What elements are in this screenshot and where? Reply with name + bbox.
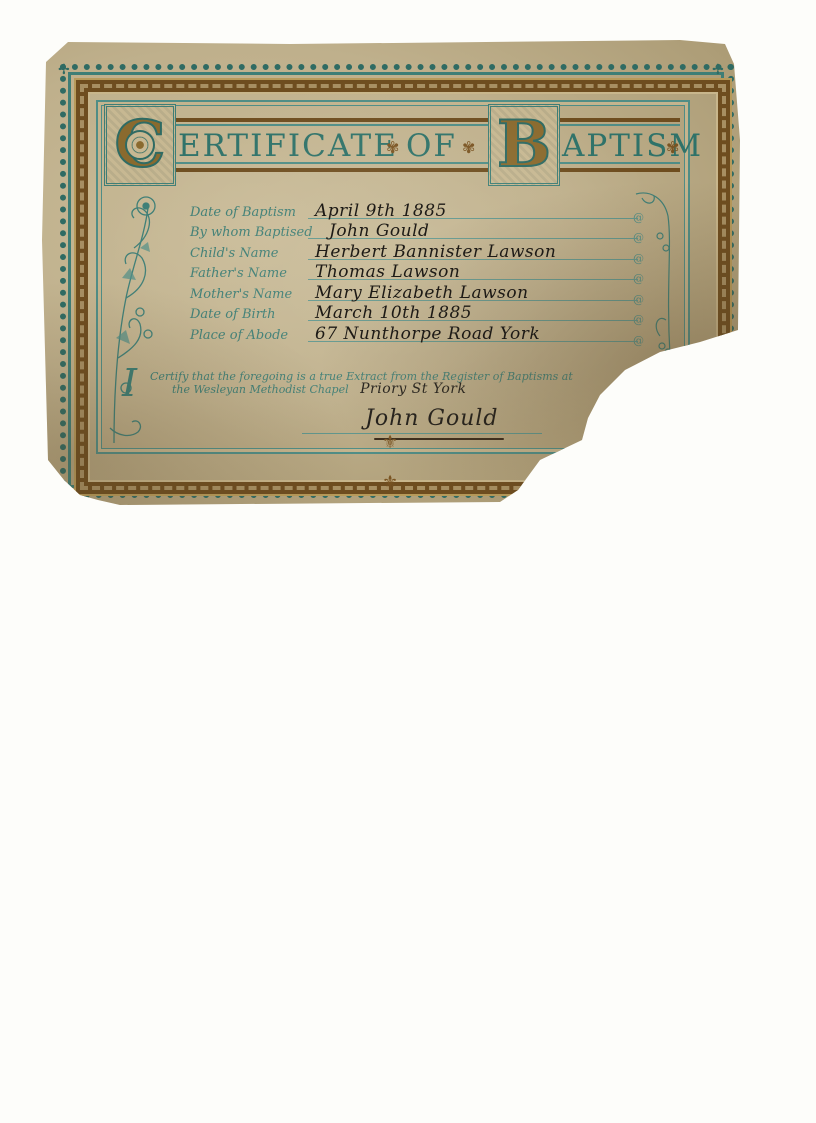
field-value: Mary Elizabeth Lawson — [315, 284, 529, 302]
title-word-baptism: APTISM — [562, 128, 703, 164]
field-label: Place of Abode — [190, 328, 315, 344]
chapel-location: Priory St York — [360, 381, 466, 397]
initial-b-box: B — [488, 104, 560, 186]
title-rule-bottom — [104, 168, 680, 172]
field-value: Thomas Lawson — [315, 263, 460, 281]
title-initial-b: B — [497, 113, 551, 177]
field-label: By whom Baptised — [190, 225, 315, 241]
fleuron-icon: ⚜ — [382, 472, 398, 493]
initial-c-box: C — [104, 104, 176, 186]
certificate-card: ✢ ✢ C ERTIFICATE ✾ OF ✾ B APTISM ✾ — [40, 40, 740, 505]
minister-signature: John Gould — [365, 406, 499, 431]
certification-statement: I Certify that the foregoing is a true E… — [150, 370, 610, 396]
signature-rule — [302, 433, 542, 434]
title-word-certificate: ERTIFICATE — [178, 128, 398, 164]
field-value: March 10th 1885 — [315, 304, 472, 322]
fleuron-icon: ⚜ — [382, 432, 398, 453]
field-value: Herbert Bannister Lawson — [315, 243, 556, 261]
field-place-of-abode: Place of Abode 67 Nunthorpe Road York @ — [190, 323, 638, 344]
field-value: John Gould — [329, 222, 429, 240]
certification-line-2: the Wesleyan Methodist Chapel — [172, 383, 349, 396]
field-label: Father's Name — [190, 266, 315, 282]
field-value: 67 Nunthorpe Road York — [315, 325, 540, 343]
rosette-icon: ✾ — [462, 138, 475, 157]
title-rule-top — [104, 118, 680, 122]
field-label: Date of Birth — [190, 307, 315, 323]
field-mothers-name: Mother's Name Mary Elizabeth Lawson @ — [190, 282, 638, 303]
curl-icon: @ — [633, 334, 644, 347]
field-fathers-name: Father's Name Thomas Lawson @ — [190, 262, 638, 283]
title-rule — [104, 124, 680, 126]
field-label: Date of Baptism — [190, 205, 315, 221]
certification-line-2-wrap: the Wesleyan Methodist Chapel Priory St … — [150, 383, 610, 396]
field-label: Child's Name — [190, 246, 315, 262]
certificate-title: C ERTIFICATE ✾ OF ✾ B APTISM ✾ — [104, 104, 680, 180]
field-baptised-by: By whom Baptised John Gould @ — [190, 221, 638, 242]
rosette-icon — [125, 130, 155, 160]
rosette-icon: ✾ — [666, 138, 679, 157]
corner-star-icon: ✢ — [58, 62, 70, 78]
title-word-of: OF — [406, 128, 457, 164]
floral-vine-icon — [104, 188, 164, 448]
field-label: Mother's Name — [190, 287, 315, 303]
certification-initial: I — [122, 364, 137, 402]
certificate-fields: Date of Baptism April 9th 1885 @ By whom… — [190, 200, 638, 344]
field-date-of-baptism: Date of Baptism April 9th 1885 @ — [190, 200, 638, 221]
field-value: April 9th 1885 — [315, 202, 447, 220]
field-childs-name: Child's Name Herbert Bannister Lawson @ — [190, 241, 638, 262]
field-date-of-birth: Date of Birth March 10th 1885 @ — [190, 303, 638, 324]
corner-star-icon: ✢ — [712, 62, 724, 78]
rosette-icon: ✾ — [386, 138, 399, 157]
